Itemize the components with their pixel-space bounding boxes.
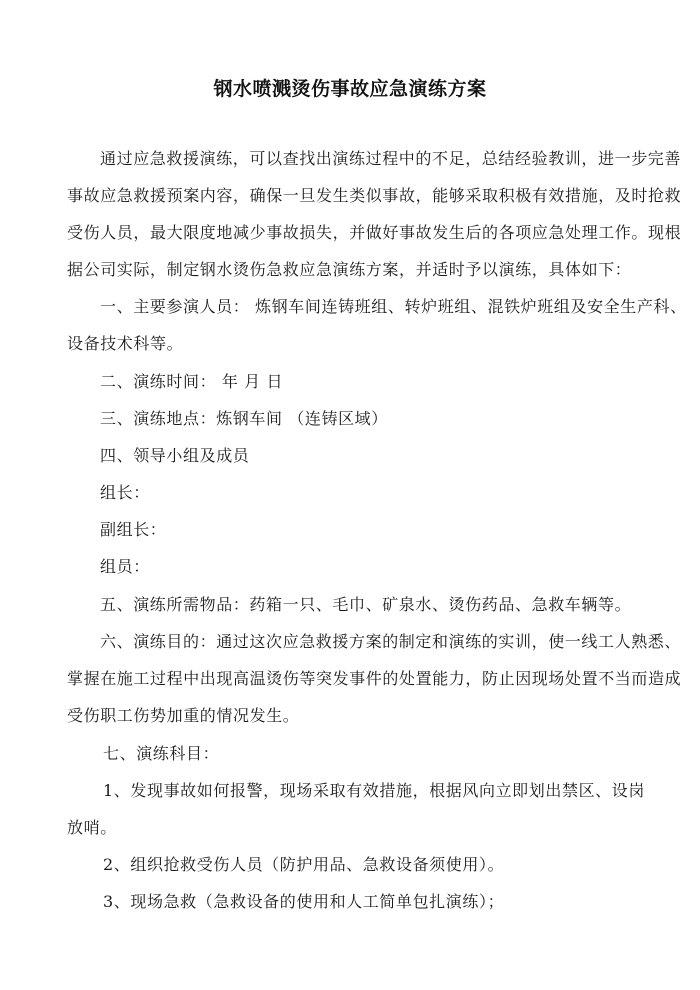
document-page: 钢水喷溅烫伤事故应急演练方案 通过应急救援演练，可以查找出演练过程中的不足，总结… [0,0,700,990]
drill-item-2: 2、组织抢救受伤人员（防护用品、急救设备须使用）。 [103,854,700,876]
section7-heading: 七、演练科目： [103,743,700,765]
section1-line-1: 一、主要参演人员： 炼钢车间连铸班组、转炉班组、混铁炉班组及安全生产科、 [100,296,700,318]
section2-time: 二、演练时间： 年 月 日 [100,371,700,393]
section3-location: 三、演练地点：炼钢车间 （连铸区域） [100,408,700,430]
section4-heading: 四、领导小组及成员 [100,445,700,467]
drill-item-1-line-2: 放哨。 [67,817,667,839]
leader-label: 组长： [100,482,700,504]
section1-line-2: 设备技术科等。 [67,333,667,355]
intro-line-2: 事故应急救援预案内容，确保一旦发生类似事故，能够采取积极有效措施，及时抢救 [67,185,667,207]
section6-line-1: 六、演练目的：通过这次应急救援方案的制定和演练的实训，使一线工人熟悉、 [100,631,700,653]
section5-supplies: 五、演练所需物品：药箱一只、毛巾、矿泉水、烫伤药品、急救车辆等。 [100,594,700,616]
intro-line-1: 通过应急救援演练，可以查找出演练过程中的不足，总结经验教训，进一步完善 [100,148,700,170]
section6-line-3: 受伤职工伤势加重的情况发生。 [67,705,667,727]
deputy-label: 副组长： [100,519,700,541]
drill-item-3: 3、现场急救（急救设备的使用和人工简单包扎演练）； [103,891,700,913]
intro-line-4: 据公司实际，制定钢水烫伤急救应急演练方案，并适时予以演练，具体如下： [67,259,667,281]
drill-item-1-line-1: 1、发现事故如何报警，现场采取有效措施，根据风向立即划出禁区、设岗 [103,780,700,802]
document-title: 钢水喷溅烫伤事故应急演练方案 [0,74,700,101]
intro-line-3: 受伤人员，最大限度地减少事故损失，并做好事故发生后的各项应急处理工作。现根 [67,222,667,244]
members-label: 组员： [100,556,700,578]
section6-line-2: 掌握在施工过程中出现高温烫伤等突发事件的处置能力，防止因现场处置不当而造成 [67,668,667,690]
